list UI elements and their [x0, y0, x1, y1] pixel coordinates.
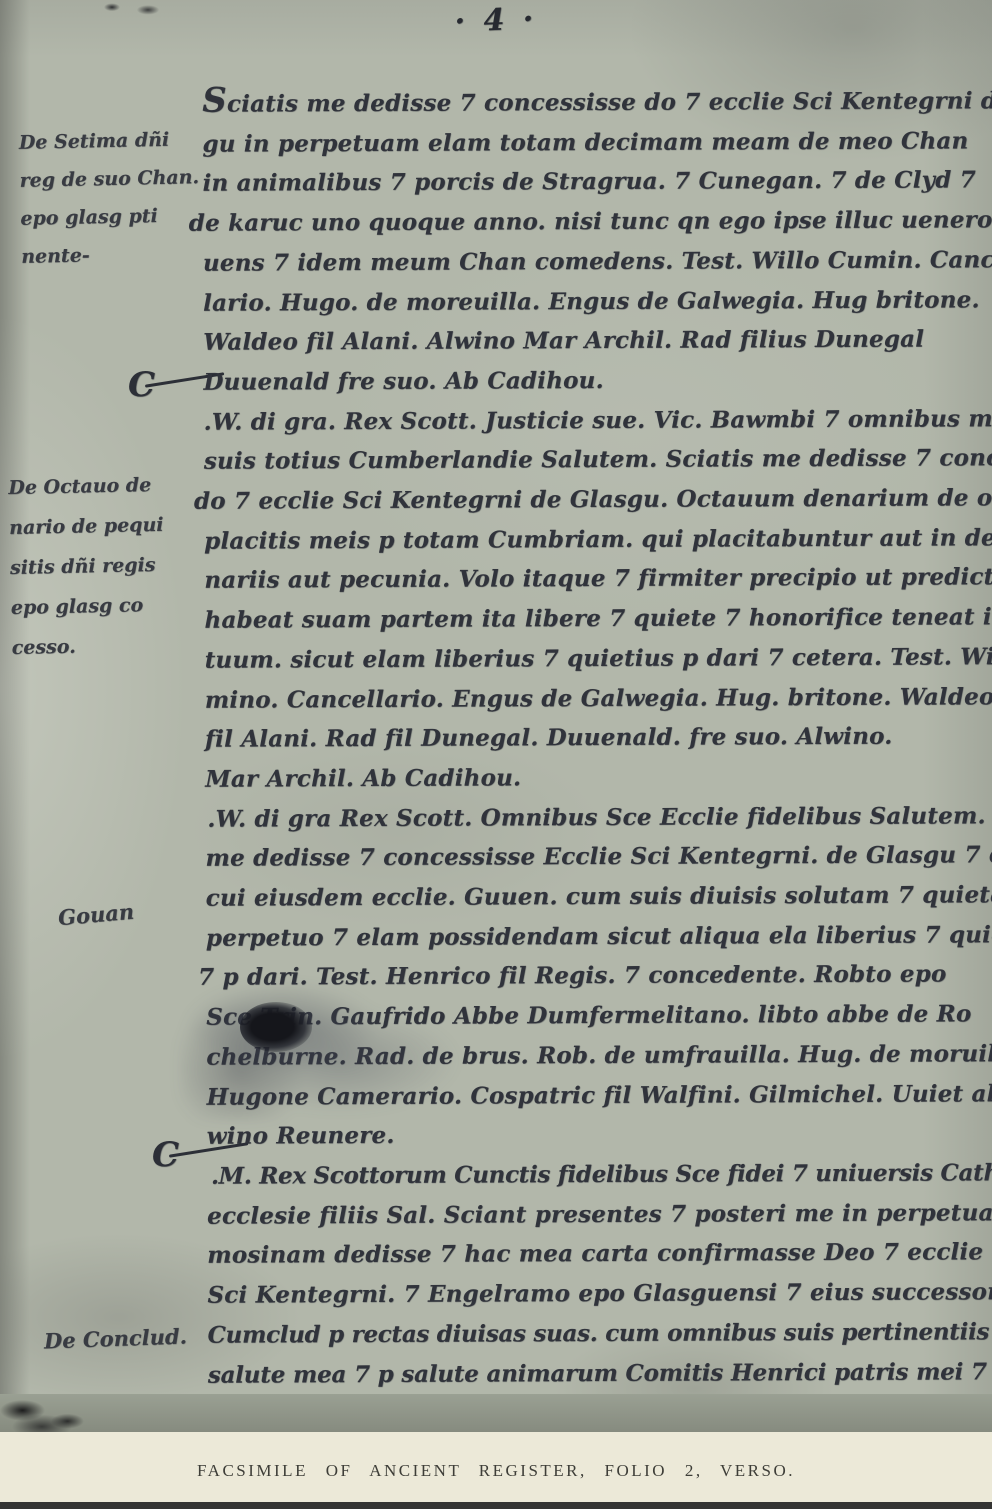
margin-note-de-octauo: De Octauo denario de pequisitis dñi regi…: [8, 464, 207, 668]
margin-note-de-setima: De Setima dñireg de suo Chan.epo glasg p…: [18, 120, 201, 276]
manuscript-line: Mar Archil. Ab Cadihou.: [205, 756, 989, 799]
manuscript-line: uens 7 idem meum Chan comedens. Test. Wi…: [203, 240, 987, 283]
manuscript-line: Waldeo fil Alani. Alwino Mar Archil. Rad…: [203, 320, 987, 363]
manuscript-line: .W. di gra. Rex Scott. Justicie sue. Vic…: [204, 399, 988, 442]
manuscript-line: fil Alani. Rad fil Dunegal. Duuenald. fr…: [205, 717, 989, 760]
manuscript-line: cui eiusdem ecclie. Guuen. cum suis diui…: [206, 875, 990, 918]
book-page: · 4 · De Setima dñireg de suo Chan.epo g…: [0, 0, 992, 1509]
manuscript-line: .W. di gra Rex Scott. Omnibus Sce Ecclie…: [207, 796, 989, 839]
caption-band: FACSIMILE OF ANCIENT REGISTER, FOLIO 2, …: [0, 1432, 992, 1502]
manuscript-line: de karuc uno quoque anno. nisi tunc qn e…: [189, 200, 987, 243]
margin-note-line: De Octauo de: [8, 464, 204, 508]
facsimile-photo: · 4 · De Setima dñireg de suo Chan.epo g…: [0, 0, 992, 1432]
plate-caption: FACSIMILE OF ANCIENT REGISTER, FOLIO 2, …: [0, 1432, 992, 1479]
margin-note-gouan: Gouan: [56, 893, 135, 937]
margin-note-line: Gouan: [56, 893, 135, 937]
margin-note-line: nario de pequi: [9, 504, 205, 548]
manuscript-line: tuum. sicut elam liberius 7 quietius p d…: [205, 637, 989, 680]
manuscript-line: Cumclud p rectas diuisas suas. cum omnib…: [208, 1312, 992, 1355]
margin-note-line: nente-: [21, 234, 202, 276]
manuscript-line: wino Reunere.: [207, 1114, 991, 1157]
manuscript-line: mino. Cancellario. Engus de Galwegia. Hu…: [205, 677, 989, 720]
manuscript-line: Duuenald fre suo. Ab Cadihou.: [203, 359, 987, 402]
scan-edge: [0, 1502, 992, 1509]
manuscript-line: Sciatis me dedisse 7 concessisse do 7 ec…: [202, 78, 986, 124]
ink-blot: [240, 1002, 312, 1052]
manuscript-line: .M. Rex Scottorum Cunctis fidelibus Sce …: [211, 1153, 991, 1196]
manuscript-line: placitis meis p totam Cumbriam. qui plac…: [204, 518, 988, 561]
ink-smudge: [180, 950, 470, 1120]
margin-note-line: cesso.: [11, 624, 207, 668]
margin-note-line: sitis dñi regis: [10, 544, 206, 588]
manuscript-line: Sci Kentegrni. 7 Engelramo epo Glasguens…: [207, 1272, 991, 1315]
manuscript-line: lario. Hugo. de moreuilla. Engus de Galw…: [203, 280, 987, 323]
margin-note-line: epo glasg pti: [20, 196, 201, 238]
manuscript-text: Sciatis me dedisse 7 concessisse do 7 ec…: [202, 78, 992, 1395]
folio-page-number: · 4 ·: [454, 5, 538, 38]
margin-note-line: epo glasg co: [10, 584, 206, 628]
margin-note-line: De Setima dñi: [18, 120, 199, 162]
manuscript-line: suis totius Cumberlandie Salutem. Sciati…: [204, 439, 988, 482]
manuscript-line: me dedisse 7 concessisse Ecclie Sci Kent…: [205, 836, 989, 879]
manuscript-line: in animalibus 7 porcis de Stragrua. 7 Cu…: [202, 161, 986, 204]
margin-note-line: De Conclud.: [43, 1318, 187, 1361]
corner-blot: [0, 1396, 150, 1432]
manuscript-line: gu in perpetuam elam totam decimam meam …: [202, 121, 986, 164]
manuscript-line: habeat suam partem ita libere 7 quiete 7…: [204, 597, 988, 640]
manuscript-line: ecclesie filiis Sal. Sciant presentes 7 …: [207, 1193, 991, 1236]
manuscript-line: do 7 ecclie Sci Kentegrni de Glasgu. Oct…: [194, 478, 988, 521]
margin-note-line: reg de suo Chan.: [19, 158, 200, 200]
manuscript-line: salute mea 7 p salute animarum Comitis H…: [208, 1352, 992, 1395]
manuscript-line: nariis aut pecunia. Volo itaque 7 firmit…: [204, 558, 988, 601]
ink-specks: [96, 0, 176, 18]
margin-note-de-conclud: De Conclud.: [43, 1318, 187, 1361]
manuscript-line: mosinam dedisse 7 hac mea carta confirma…: [207, 1233, 991, 1276]
